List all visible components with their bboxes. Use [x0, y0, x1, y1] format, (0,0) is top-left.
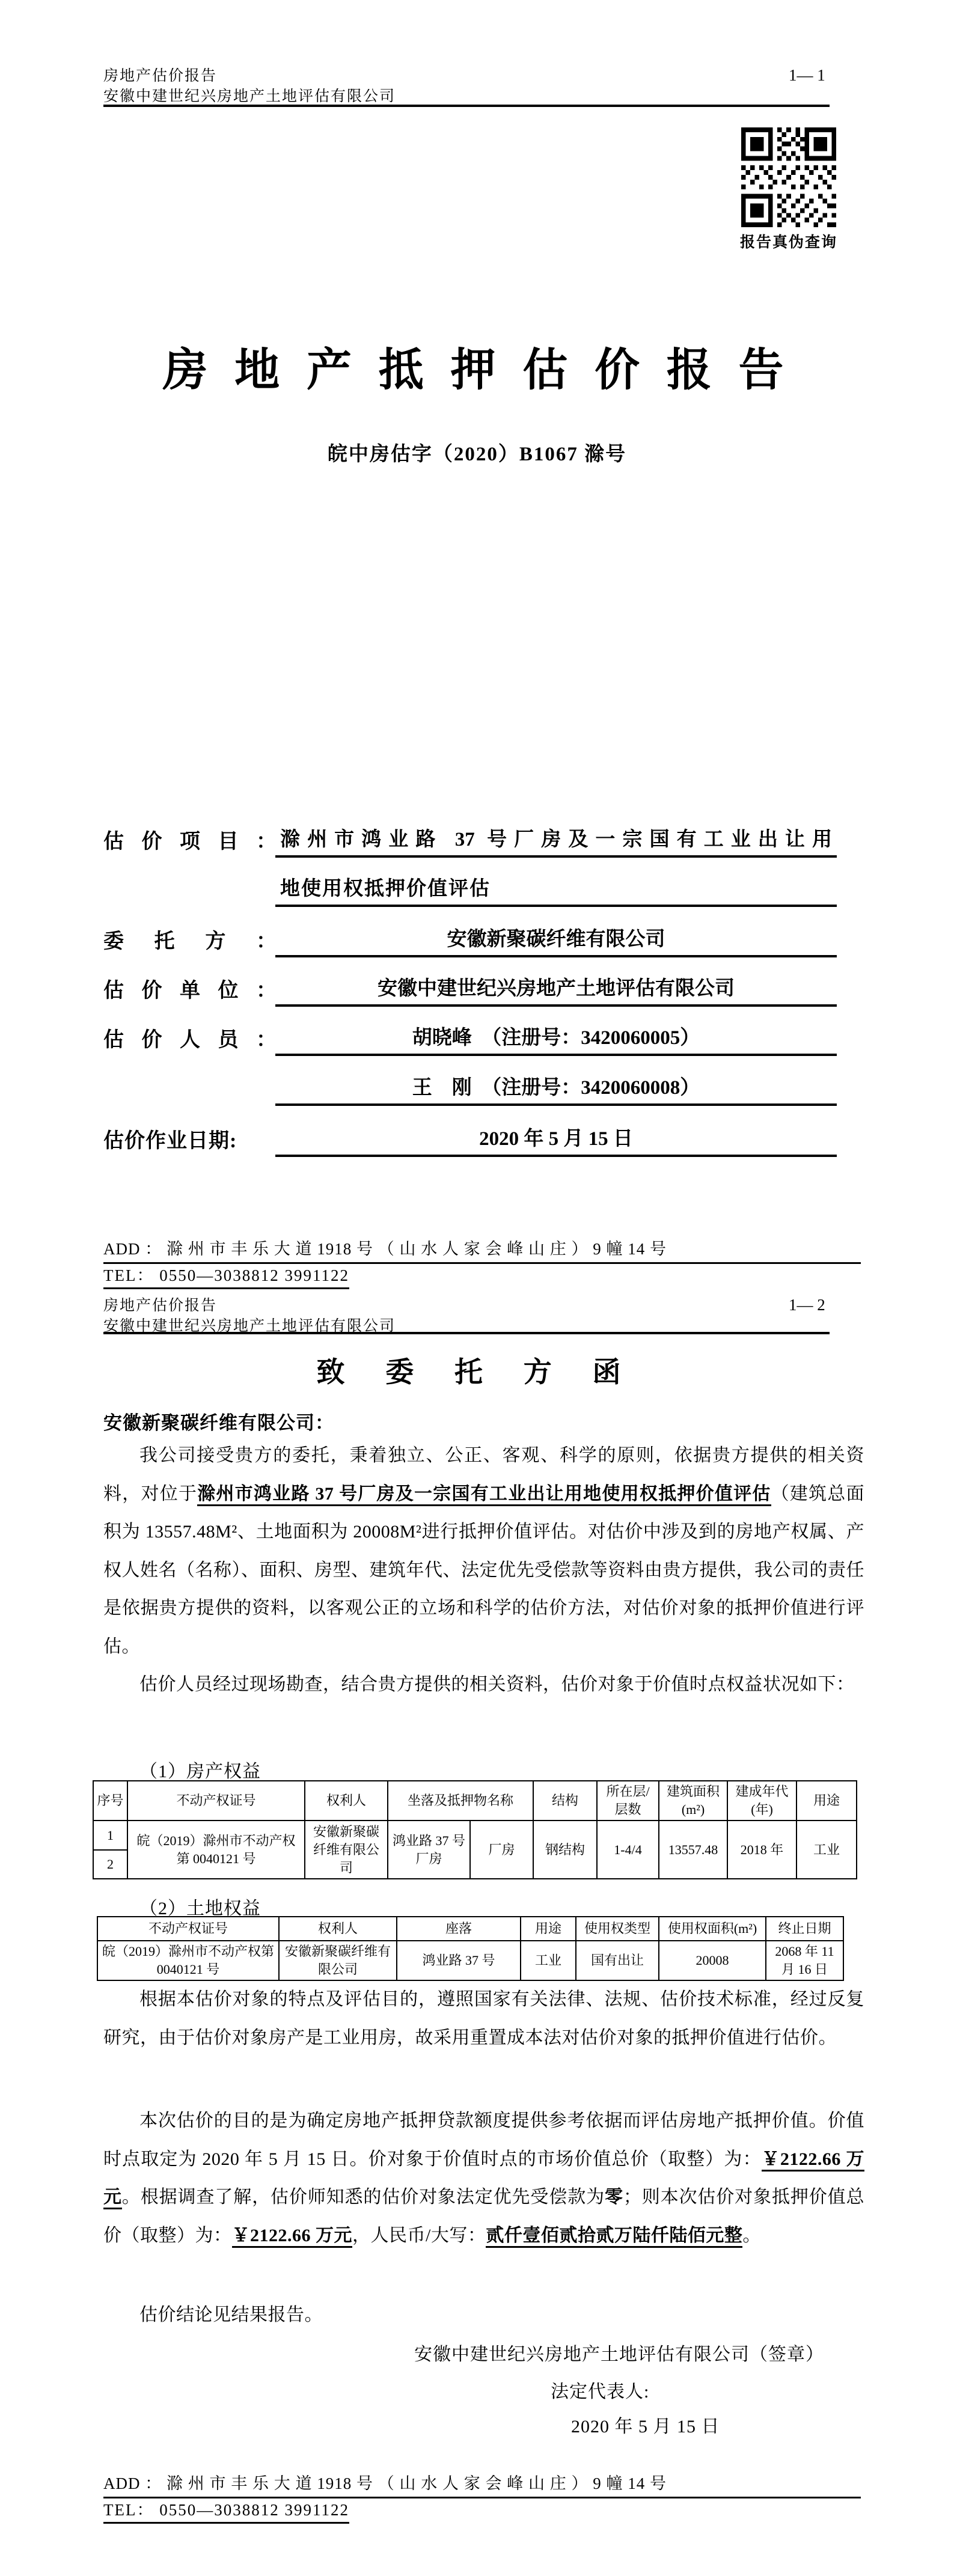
- letter-salutation: 安徽新聚碳纤维有限公司：: [103, 1408, 334, 1435]
- priority-payment-zero: 零: [605, 2187, 623, 2207]
- cell-owner: 安徽新聚碳纤维有限公司: [279, 1941, 397, 1980]
- form-underline: 2020 年 5 月 15 日: [275, 1126, 837, 1157]
- para5-text: 估价结论见结果报告。: [139, 2305, 323, 2325]
- para1-project-name: 滁州市鸿业路 37 号厂房及一宗国有工业出让用地使用权抵押价值评估: [197, 1484, 771, 1506]
- cell-location: 鸿业路 37 号: [397, 1941, 521, 1980]
- form-underline: 安徽中建世纪兴房地产土地评估有限公司: [275, 975, 837, 1007]
- form-value-appraiser-2: 王 刚 （注册号：3420060008）: [280, 1072, 832, 1100]
- col-header-area: 建筑面积(m²): [659, 1781, 727, 1821]
- cell-area: 13557.48: [659, 1821, 727, 1879]
- page1-footer-phone: TEL： 0550—3038812 3991122: [103, 1262, 349, 1286]
- table-header-row: 序号 不动产权证号 权利人 坐落及抵押物名称 结构 所在层/层数 建筑面积(m²…: [93, 1781, 857, 1821]
- col-header-location: 座落: [397, 1917, 521, 1941]
- cell-owner: 安徽新聚碳纤维有限公司: [305, 1821, 388, 1879]
- para4-text: 本次估价的目的是为确定房地产抵押贷款额度提供参考依据而评估房地产抵押价值。价值时…: [103, 2111, 864, 2169]
- table-row: 皖（2019）滁州市不动产权第 0040121 号 安徽新聚碳纤维有限公司 鸿业…: [97, 1941, 843, 1980]
- amount-in-words: 贰仟壹佰贰拾贰万陆仟陆佰元整: [486, 2226, 742, 2248]
- cell-use: 工业: [521, 1941, 576, 1980]
- document-title: 房 地 产 抵 押 估 价 报 告: [0, 334, 954, 398]
- qr-code: [741, 127, 836, 227]
- letter-paragraphs-1: 我公司接受贵方的委托，秉着独立、公正、客观、科学的原则，依据贵方提供的相关资料，…: [103, 1436, 864, 1704]
- form-row-appraiser-1: 估价人员： 胡晓峰 （注册号：3420060005）: [103, 1025, 837, 1056]
- cell-cert: 皖（2019）滁州市不动产权第 0040121 号: [127, 1821, 305, 1879]
- qr-code-image: [741, 127, 836, 227]
- paragraph-value: 本次估价的目的是为确定房地产抵押贷款额度提供参考依据而评估房地产抵押价值。价值时…: [103, 2102, 864, 2254]
- cell-location: 鸿业路 37 号厂房: [388, 1821, 470, 1879]
- document-number: 皖中房估字（2020）B1067 滁号: [0, 438, 954, 466]
- signature-company: 安徽中建世纪兴房地产土地评估有限公司（签章）: [373, 2339, 866, 2366]
- letter-paragraph-conclusion: 估价结论见结果报告。: [103, 2296, 864, 2334]
- page2-footer-address: ADD ： 滁 州 市 丰 乐 大 道 1918 号 （ 山 水 人 家 会 峰…: [103, 2470, 861, 2498]
- mortgage-value-amount: ￥2122.66 万元: [232, 2226, 353, 2248]
- cell-use: 工业: [797, 1821, 857, 1879]
- para4-text: ，人民币/大写：: [352, 2226, 486, 2245]
- cell-right-type: 国有出让: [576, 1941, 659, 1980]
- page1-header-rule: [103, 105, 830, 107]
- page1-header-company: 安徽中建世纪兴房地产土地评估有限公司: [103, 84, 396, 106]
- col-header-right-area: 使用权面积(m²): [659, 1917, 766, 1941]
- page1-page-number: 1— 1: [789, 66, 825, 85]
- col-header-use: 用途: [797, 1781, 857, 1821]
- para2-text: 估价人员经过现场勘查，结合贵方提供的相关资料，估价对象于价值时点权益状况如下：: [139, 1674, 855, 1694]
- form-underline: 安徽新聚碳纤维有限公司: [275, 926, 837, 957]
- land-rights-table: 不动产权证号 权利人 座落 用途 使用权类型 使用权面积(m²) 终止日期 皖（…: [97, 1916, 844, 1981]
- qr-caption: 报告真伪查询: [736, 230, 842, 252]
- page1-footer-phone-text: TEL： 0550—3038812 3991122: [103, 1266, 349, 1289]
- form-label-client: 委托方：: [103, 924, 277, 954]
- col-header-location: 坐落及抵押物名称: [388, 1781, 533, 1821]
- form-label-agency: 估价单位：: [103, 974, 277, 1003]
- cell-seq-1: 1: [94, 1821, 127, 1851]
- page2-header-rule: [103, 1332, 830, 1334]
- form-row-appraiser-2: 王 刚 （注册号：3420060008）: [103, 1075, 837, 1106]
- para4-text: 。: [742, 2226, 761, 2245]
- col-header-owner: 权利人: [305, 1781, 388, 1821]
- col-header-use: 用途: [521, 1917, 576, 1941]
- signature-legal-representative: 法定代表人:: [551, 2376, 649, 2403]
- form-underline: 王 刚 （注册号：3420060008）: [275, 1075, 837, 1106]
- form-row-client: 委托方： 安徽新聚碳纤维有限公司: [103, 926, 837, 957]
- paragraph-method: 根据本估价对象的特点及评估目的，遵照国家有关法律、法规、估价技术标准，经过反复研…: [103, 1980, 864, 2057]
- letter-title: 致 委 托 方 函: [0, 1350, 954, 1390]
- page1-header-title: 房地产估价报告: [103, 64, 217, 85]
- form-row-project-line2: 地使用权抵押价值评估: [103, 876, 837, 907]
- form-row-date: 估价作业日期: 2020 年 5 月 15 日: [103, 1126, 837, 1157]
- cell-end-date: 2068 年 11 月 16 日: [766, 1941, 843, 1980]
- form-label-appraisers: 估价人员：: [103, 1023, 277, 1052]
- col-header-seq: 序号: [93, 1781, 127, 1821]
- cell-floors: 1-4/4: [597, 1821, 659, 1879]
- page2-header-title: 房地产估价报告: [103, 1293, 217, 1315]
- signature-date: 2020 年 5 月 15 日: [571, 2411, 720, 2438]
- cell-name: 厂房: [470, 1821, 533, 1879]
- cell-structure: 钢结构: [533, 1821, 597, 1879]
- page2-footer-phone: TEL： 0550—3038812 3991122: [103, 2497, 349, 2520]
- para3-text: 根据本估价对象的特点及评估目的，遵照国家有关法律、法规、估价技术标准，经过反复研…: [103, 1989, 864, 2048]
- form-value-project-line1: 滁州市鸿业路 37 号厂房及一宗国有工业出让用: [280, 823, 832, 852]
- form-value-agency: 安徽中建世纪兴房地产土地评估有限公司: [280, 972, 832, 1001]
- form-row-agency: 估价单位： 安徽中建世纪兴房地产土地评估有限公司: [103, 975, 837, 1007]
- col-header-right-type: 使用权类型: [576, 1917, 659, 1941]
- cell-seq-2: 2: [94, 1851, 127, 1878]
- page2-page-number: 1— 2: [789, 1296, 825, 1314]
- col-header-structure: 结构: [533, 1781, 597, 1821]
- table-header-row: 不动产权证号 权利人 座落 用途 使用权类型 使用权面积(m²) 终止日期: [97, 1917, 843, 1941]
- para4-text: 。根据调查了解，估价师知悉的估价对象法定优先受偿款为: [122, 2187, 605, 2207]
- form-label-date: 估价作业日期:: [103, 1124, 237, 1153]
- form-row-project: 估价项目： 滁州市鸿业路 37 号厂房及一宗国有工业出让用: [103, 826, 837, 858]
- section-caption-house-rights: （1）房产权益: [139, 1756, 261, 1783]
- col-header-year: 建成年代(年): [727, 1781, 797, 1821]
- form-underline: 胡晓峰 （注册号：3420060005）: [275, 1025, 837, 1056]
- letter-paragraph-value: 本次估价的目的是为确定房地产抵押贷款额度提供参考依据而评估房地产抵押价值。价值时…: [103, 2102, 864, 2254]
- page1-footer-address: ADD ： 滁 州 市 丰 乐 大 道 1918 号 （ 山 水 人 家 会 峰…: [103, 1236, 861, 1264]
- form-value-client: 安徽新聚碳纤维有限公司: [280, 923, 832, 951]
- form-value-appraiser-1: 胡晓峰 （注册号：3420060005）: [280, 1022, 832, 1050]
- col-header-owner: 权利人: [279, 1917, 397, 1941]
- col-header-cert: 不动产权证号: [97, 1917, 279, 1941]
- cell-seq: 1 2: [93, 1821, 127, 1879]
- form-underline: 地使用权抵押价值评估: [275, 876, 837, 907]
- col-header-cert: 不动产权证号: [127, 1781, 305, 1821]
- cell-cert: 皖（2019）滁州市不动产权第 0040121 号: [97, 1941, 279, 1980]
- table-row: 1 2 皖（2019）滁州市不动产权第 0040121 号 安徽新聚碳纤维有限公…: [93, 1821, 857, 1879]
- page2-footer-phone-text: TEL： 0550—3038812 3991122: [103, 2501, 349, 2524]
- house-rights-table: 序号 不动产权证号 权利人 坐落及抵押物名称 结构 所在层/层数 建筑面积(m²…: [93, 1780, 857, 1879]
- col-header-end-date: 终止日期: [766, 1917, 843, 1941]
- para1-text: （建筑总面积为 13557.48M²、土地面积为 20008M²进行抵押价值评估…: [103, 1484, 864, 1656]
- paragraph-engagement: 我公司接受贵方的委托，秉着独立、公正、客观、科学的原则，依据贵方提供的相关资料，…: [103, 1436, 864, 1665]
- form-underline: 滁州市鸿业路 37 号厂房及一宗国有工业出让用: [275, 826, 837, 858]
- form-label-project: 估价项目：: [103, 825, 277, 854]
- paragraph-conclusion: 估价结论见结果报告。: [103, 2296, 864, 2334]
- cell-right-area: 20008: [659, 1941, 766, 1980]
- letter-paragraph-method: 根据本估价对象的特点及评估目的，遵照国家有关法律、法规、估价技术标准，经过反复研…: [103, 1980, 864, 2057]
- form-value-date: 2020 年 5 月 15 日: [280, 1123, 832, 1151]
- form-value-project-line2: 地使用权抵押价值评估: [280, 873, 832, 901]
- report-document: 房地产估价报告 1— 1 安徽中建世纪兴房地产土地评估有限公司 报告真伪查询 房…: [0, 0, 954, 2576]
- paragraph-inspection: 估价人员经过现场勘查，结合贵方提供的相关资料，估价对象于价值时点权益状况如下：: [103, 1665, 864, 1704]
- col-header-floors: 所在层/层数: [597, 1781, 659, 1821]
- cell-year: 2018 年: [727, 1821, 797, 1879]
